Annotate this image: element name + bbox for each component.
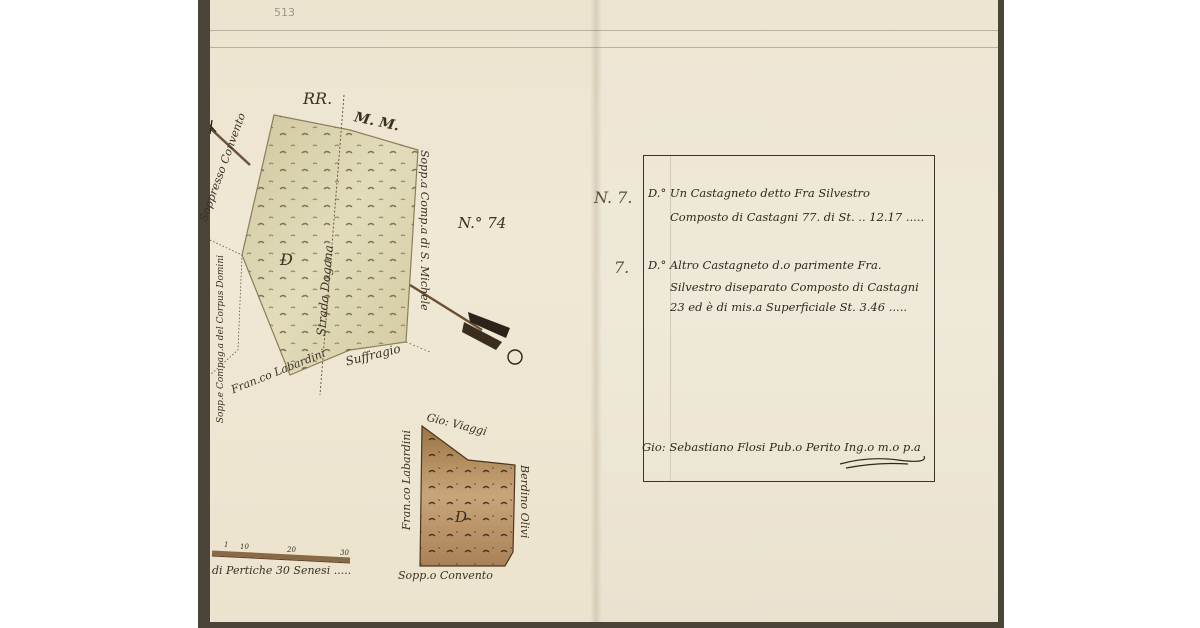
entry-box <box>643 155 935 482</box>
ruled-line <box>596 30 998 31</box>
scale-tick: 10 <box>240 543 249 551</box>
entry-2-line-3: 23 ed è di mis.a Superficiale St. 3.46 .… <box>670 300 907 314</box>
boundary-label-labardini-small: Fran.co Labardini <box>400 430 413 530</box>
plot-number-label: N.° 74 <box>458 214 506 232</box>
entry-number: 7. <box>614 258 629 277</box>
entry-1-line-2: Composto di Castagni 77. di St. .. 12.17… <box>670 210 924 224</box>
boundary-label-compagnia: Sopp.e Compag.a del Corpus Domini <box>216 255 240 423</box>
boundary-label-s-michele: Sopp.a Comp.a di S. Michele <box>418 150 431 311</box>
parcel-letter-small: D <box>455 508 467 526</box>
boundary-label-sopp-convento: Sopp.o Convento <box>398 569 493 582</box>
book-spread: 513 <box>198 0 1004 628</box>
entry-1-line-1: D.° Un Castagneto detto Fra Silvestro <box>648 186 870 200</box>
entry-2-line-2: Silvestro diseparato Composto di Castagn… <box>670 280 919 294</box>
scale-tick: 20 <box>287 546 296 554</box>
boundary-label-berdino-olivi: Berdino Olivi <box>518 465 531 538</box>
scale-tick: 30 <box>340 549 349 557</box>
signature-flourish <box>838 452 928 472</box>
scale-label: di Pertiche 30 Senesi ..... <box>212 564 351 577</box>
entry-2-line-1: D.° Altro Castagneto d.o parimente Fra. <box>648 258 882 272</box>
scale-tick: 1 <box>224 541 228 549</box>
binding-gutter <box>590 0 602 622</box>
boundary-label-rr: RR. <box>303 89 332 108</box>
margin-rule <box>670 156 671 481</box>
parcel-letter-main: D <box>280 250 293 269</box>
entry-number: N. 7. <box>594 188 632 207</box>
left-page: 513 <box>210 0 597 622</box>
ruled-line <box>596 47 998 48</box>
